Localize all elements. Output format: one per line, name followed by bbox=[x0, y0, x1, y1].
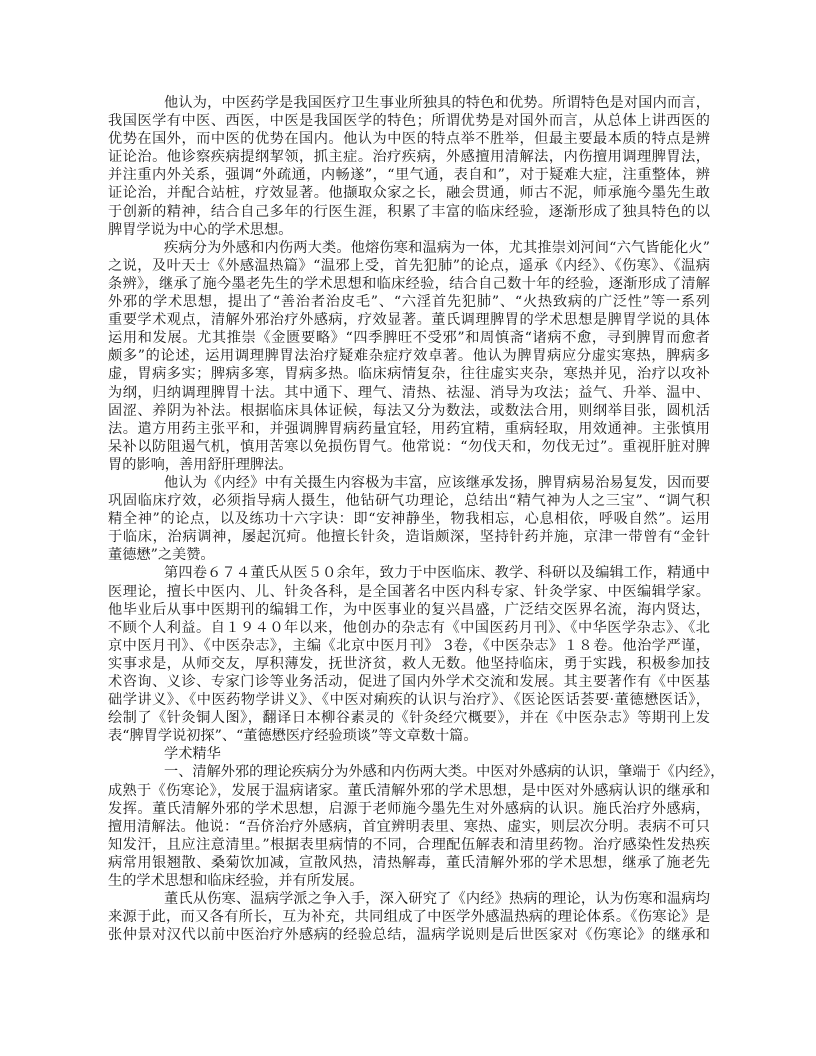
text-line: 实事求是，从师交友，厚积薄发，抚世济贫，救人无数。他坚持临床，勇于实践，积极参加… bbox=[108, 655, 710, 673]
text-line: 他毕业后从事中医期刊的编辑工作，为中医事业的复兴昌盛，广泛结交医界名流，海内贤达… bbox=[108, 601, 710, 619]
text-line: 病常用银翘散、桑菊饮加减，宣散风热，清热解毒，董氏清解外邪的学术思想，继承了施老… bbox=[108, 854, 710, 872]
text-line: 颇多”的论述，运用调理脾胃法治疗疑难杂症疗效卓著。他认为脾胃病应分虚实寒热，脾病… bbox=[108, 347, 710, 365]
text-line: 条辨》，继承了施今墨老先生的学术思想和临床经验，结合自己数十年的经验，逐渐形成了… bbox=[108, 275, 710, 293]
text-line: 虚，胃病多实；脾病多寒，胃病多热。临床病情复杂，往往虚实夹杂，寒热并见，治疗以攻… bbox=[108, 365, 710, 383]
section-heading: 学术精华 bbox=[108, 745, 710, 763]
heading-text: 学术精华 bbox=[108, 745, 710, 763]
text-line: 张仲景对汉代以前中医治疗外感病的经验总结，温病学说则是后世医家对《伤寒论》的继承… bbox=[108, 926, 710, 944]
text-line: 证论治，并配合站桩，疗效显著。他撷取众家之长，融会贯通，师古不泥，师承施今墨先生… bbox=[108, 184, 710, 202]
text-line: 来源于此，而又各有所长，互为补充，共同组成了中医学外感温热病的理论体系。《伤寒论… bbox=[108, 908, 710, 926]
text-line: 表“脾胃学说初探”、“董德懋医疗经验琐谈”等文章数十篇。 bbox=[108, 727, 710, 745]
paragraph: 他认为，中医药学是我国医疗卫生事业所独具的特色和优势。所谓特色是对国内而言，我国… bbox=[108, 94, 710, 239]
text-line: 绘制了《针灸铜人图》，翻译日本柳谷素灵的《针灸经穴概要》，并在《中医杂志》等期刊… bbox=[108, 709, 710, 727]
text-line: 之说，及叶天士《外感温热篇》“温邪上受，首先犯肺”的论点，遥承《内经》、《伤寒》… bbox=[108, 257, 710, 275]
text-line: 我国医学有中医、西医，中医是我国医学的特色；所谓优势是对国外而言，从总体上讲西医… bbox=[108, 112, 710, 130]
text-line: 他认为，中医药学是我国医疗卫生事业所独具的特色和优势。所谓特色是对国内而言， bbox=[108, 94, 710, 112]
paragraph: 董氏从伤寒、温病学派之争入手，深入研究了《内经》热病的理论，认为伤寒和温病均来源… bbox=[108, 890, 710, 944]
text-line: 精全神”的论点，以及练功十六字诀：即“安神静坐，物我相忘，心息相依，呼吸自然”。… bbox=[108, 510, 710, 528]
text-line: 一、清解外邪的理论疾病分为外感和内伤两大类。中医对外感病的认识，肇端于《内经》， bbox=[108, 763, 710, 781]
text-line: 他认为《内经》中有关摄生内容极为丰富，应该继承发扬，脾胃病易治易复发，因而要 bbox=[108, 474, 710, 492]
text-line: 疾病分为外感和内伤两大类。他熔伤寒和温病为一体，尤其推崇刘河间“六气皆能化火” bbox=[108, 239, 710, 257]
text-line: 固涩、养阴为补法。根据临床具体证候，每法又分为数法，或数法合用，则纲举目张，圆机… bbox=[108, 402, 710, 420]
text-line: 外邪的学术思想，提出了“善治者治皮毛”、“六淫首先犯肺”、“火热致病的广泛性”等… bbox=[108, 293, 710, 311]
text-line: 础学讲义》、《中医药物学讲义》、《中医对痢疾的认识与治疗》、《医论医话荟要·董德… bbox=[108, 691, 710, 709]
text-line: 巩固临床疗效，必须指导病人摄生，他钻研气功理论，总结出“精气神为人之三宝”、“调… bbox=[108, 492, 710, 510]
text-line: 发挥。董氏清解外邪的学术思想，启源于老师施今墨先生对外感病的认识。施氏治疗外感病… bbox=[108, 800, 710, 818]
text-line: 生的学术思想和临床经验，并有所发展。 bbox=[108, 872, 710, 890]
text-line: 于临床，治病调神，屡起沉疴。他擅长针灸，造诣颇深，坚持针药并施，京津一带曾有“金… bbox=[108, 528, 710, 546]
document-page: 他认为，中医药学是我国医疗卫生事业所独具的特色和优势。所谓特色是对国内而言，我国… bbox=[0, 0, 816, 1056]
text-line: 京中医月刊》、《中医杂志》，主编《北京中医月刊》 3卷，《中医杂志》１８卷。他治… bbox=[108, 637, 710, 655]
text-line: 呆补以防阻遏气机，慎用苦寒以免损伤胃气。他常说：“勿伐天和，勿伐无过”。重视肝脏… bbox=[108, 438, 710, 456]
text-line: 并注重内外关系，强调“外疏通，内畅遂”，“里气通，表自和”，对于疑难大症，注重整… bbox=[108, 166, 710, 184]
text-line: 不顾个人利益。自１９４０年以来，他创办的杂志有《中国医药月刊》、《中华医学杂志》… bbox=[108, 619, 710, 637]
paragraph: 第四卷６７４董氏从医５０余年，致力于中医临床、教学、科研以及编辑工作，精通中医理… bbox=[108, 564, 710, 745]
text-line: 擅用清解法。他说：“吾侪治疗外感病，首宜辨明表里、寒热、虚实，则层次分明。表病不… bbox=[108, 818, 710, 836]
document-body: 他认为，中医药学是我国医疗卫生事业所独具的特色和优势。所谓特色是对国内而言，我国… bbox=[108, 94, 710, 944]
paragraph: 疾病分为外感和内伤两大类。他熔伤寒和温病为一体，尤其推崇刘河间“六气皆能化火”之… bbox=[108, 239, 710, 474]
text-line: 董氏从伤寒、温病学派之争入手，深入研究了《内经》热病的理论，认为伤寒和温病均 bbox=[108, 890, 710, 908]
text-line: 医理论，擅长中医内、儿、针灸各科，是全国著名中医内科专家、针灸学家、中医编辑学家… bbox=[108, 583, 710, 601]
text-line: 知发汗，且应注意清里。”根据表里病情的不同，合理配伍解表和清里药物。治疗感染性发… bbox=[108, 836, 710, 854]
text-line: 为纲，归纳调理脾胃十法。其中通下、理气、清热、祛湿、消导为攻法；益气、升举、温中… bbox=[108, 384, 710, 402]
text-line: 董德懋”之美赞。 bbox=[108, 546, 710, 564]
text-line: 成熟于《伤寒论》，发展于温病诸家。董氏清解外邪的学术思想，是中医对外感病认识的继… bbox=[108, 782, 710, 800]
text-line: 重要学术观点，清解外邪治疗外感病，疗效显著。董氏调理脾胃的学术思想是脾胃学说的具… bbox=[108, 311, 710, 329]
text-line: 术咨询、义诊、专家门诊等业务活动，促进了国内外学术交流和发展。其主要著作有《中医… bbox=[108, 673, 710, 691]
text-line: 于创新的精神，结合自己多年的行医生涯，积累了丰富的临床经验，逐渐形成了独具特色的… bbox=[108, 203, 710, 221]
paragraph: 一、清解外邪的理论疾病分为外感和内伤两大类。中医对外感病的认识，肇端于《内经》，… bbox=[108, 763, 710, 890]
text-line: 法。遣方用药主张平和，并强调脾胃病药量宜轻，用药宜精，重病轻取，用效通神。主张慎… bbox=[108, 420, 710, 438]
paragraph: 他认为《内经》中有关摄生内容极为丰富，应该继承发扬，脾胃病易治易复发，因而要巩固… bbox=[108, 474, 710, 564]
text-line: 脾胃学说为中心的学术思想。 bbox=[108, 221, 710, 239]
text-line: 证论治。他诊察疾病提纲挈领，抓主症。治疗疾病，外感擅用清解法，内伤擅用调理脾胃法… bbox=[108, 148, 710, 166]
text-line: 运用和发展。尤其推崇《金匮要略》“四季脾旺不受邪”和周慎斋“诸病不愈，寻到脾胃而… bbox=[108, 329, 710, 347]
text-line: 优势在国外，而中医的优势在国内。他认为中医的特点举不胜举，但最主要最本质的特点是… bbox=[108, 130, 710, 148]
text-line: 第四卷６７４董氏从医５０余年，致力于中医临床、教学、科研以及编辑工作，精通中 bbox=[108, 564, 710, 582]
text-line: 胃的影响，善用舒肝理脾法。 bbox=[108, 456, 710, 474]
